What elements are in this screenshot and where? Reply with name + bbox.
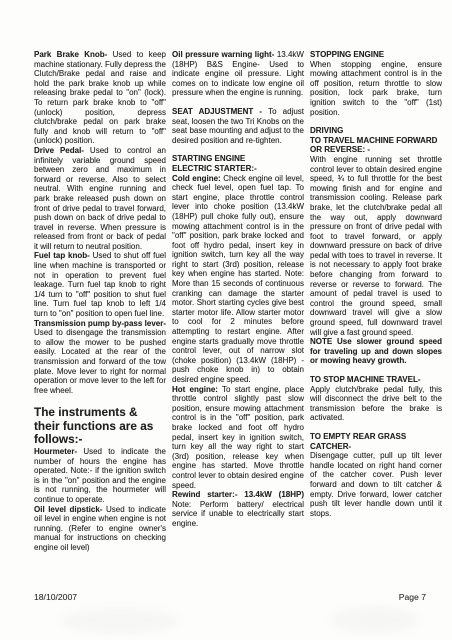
term-bypass-lever: Transmission pump by-pass lever- — [34, 319, 166, 328]
heading-instruments: The instruments & their functions are as… — [34, 406, 166, 446]
footer-date: 18/10/2007 — [34, 592, 77, 602]
scan-artifact — [330, 606, 420, 634]
para-travel-forward-reverse: With engine running set throttle control… — [310, 155, 442, 337]
para-drive-pedal: Drive Pedal- Used to control an infinite… — [34, 146, 166, 252]
para-hourmeter: Hourmeter- Used to indicate the number o… — [34, 447, 166, 505]
text-fuel-tap-knob: Used to shut off fuel line when machine … — [34, 251, 166, 318]
para-empty-grass-catcher: Disengage cutter, pull up tilt lever han… — [310, 451, 442, 518]
column-left: Park Brake Knob- Used to keep machine st… — [34, 50, 166, 553]
text-columns: Park Brake Knob- Used to keep machine st… — [34, 50, 441, 553]
term-note: NOTE — [310, 337, 332, 346]
para-fuel-tap-knob: Fuel tap knob- Used to shut off fuel lin… — [34, 251, 166, 318]
para-seat-adjustment: SEAT ADJUSTMENT - To adjust seat, loosen… — [172, 107, 304, 145]
para-stopping-engine: When stopping engine, ensure mowing atta… — [310, 60, 442, 118]
para-bypass-lever: Transmission pump by-pass lever- Used to… — [34, 319, 166, 396]
term-drive-pedal: Drive Pedal- — [34, 146, 84, 155]
term-seat-adjustment: SEAT ADJUSTMENT - — [172, 107, 262, 116]
para-hot-engine: Hot engine: To start engine, place throt… — [172, 385, 304, 491]
column-right: STOPPING ENGINE When stopping engine, en… — [310, 50, 442, 553]
heading-stopping-engine: STOPPING ENGINE — [310, 50, 442, 60]
term-fuel-tap-knob: Fuel tap knob- — [34, 251, 90, 260]
footer-page-number: Page 7 — [399, 592, 426, 602]
term-cold-engine: Cold engine: — [172, 174, 221, 183]
term-oil-pressure-light: Oil pressure warning light- — [172, 50, 274, 59]
heading-driving: DRIVING — [310, 126, 442, 136]
text-drive-pedal: Used to control an infinitely variable g… — [34, 146, 166, 251]
manual-page: Park Brake Knob- Used to keep machine st… — [0, 0, 452, 640]
heading-travel-forward-reverse: TO TRAVEL MACHINE FORWARD OR REVERSE: - — [310, 136, 442, 155]
para-rewind-starter: Rewind starter:- 13.4kW (18HP) Note: Per… — [172, 490, 304, 528]
para-oil-pressure-light: Oil pressure warning light- 13.4kW (18HP… — [172, 50, 304, 98]
term-hot-engine: Hot engine: — [172, 385, 218, 394]
para-oil-dipstick: Oil level dipstick- Used to indicate oil… — [34, 505, 166, 553]
text-park-brake-knob: Used to keep machine stationary. Fully d… — [34, 50, 166, 145]
para-note-slower-speed: NOTE Use slower ground speed for traveli… — [310, 337, 442, 366]
page-footer: 18/10/2007 Page 7 — [34, 592, 426, 602]
heading-empty-grass-catcher: TO EMPTY REAR GRASS CATCHER- — [310, 432, 442, 451]
heading-starting-engine: STARTING ENGINE — [172, 154, 304, 164]
term-oil-dipstick: Oil level dipstick- — [34, 505, 102, 514]
para-park-brake-knob: Park Brake Knob- Used to keep machine st… — [34, 50, 166, 146]
term-hourmeter: Hourmeter- — [34, 447, 77, 456]
text-cold-engine: Check engine oil level, check fuel level… — [172, 174, 304, 384]
column-middle: Oil pressure warning light- 13.4kW (18HP… — [172, 50, 304, 553]
para-stop-machine-travel: Apply clutch/brake pedal fully, this wil… — [310, 385, 442, 423]
heading-stop-machine-travel: TO STOP MACHINE TRAVEL- — [310, 375, 442, 385]
scan-artifact — [60, 608, 180, 634]
term-rewind-starter: Rewind starter:- 13.4kW (18HP) — [172, 490, 304, 499]
text-rewind-starter: Note: Perform battery/ electrical servic… — [172, 500, 304, 528]
text-hot-engine: To start engine, place throttle control … — [172, 385, 304, 490]
para-cold-engine: Cold engine: Check engine oil level, che… — [172, 174, 304, 385]
text-bypass-lever: Used to disengage the transmission to al… — [34, 328, 166, 395]
term-park-brake-knob: Park Brake Knob- — [34, 50, 107, 59]
heading-electric-starter: ELECTRIC STARTER:- — [172, 164, 304, 174]
